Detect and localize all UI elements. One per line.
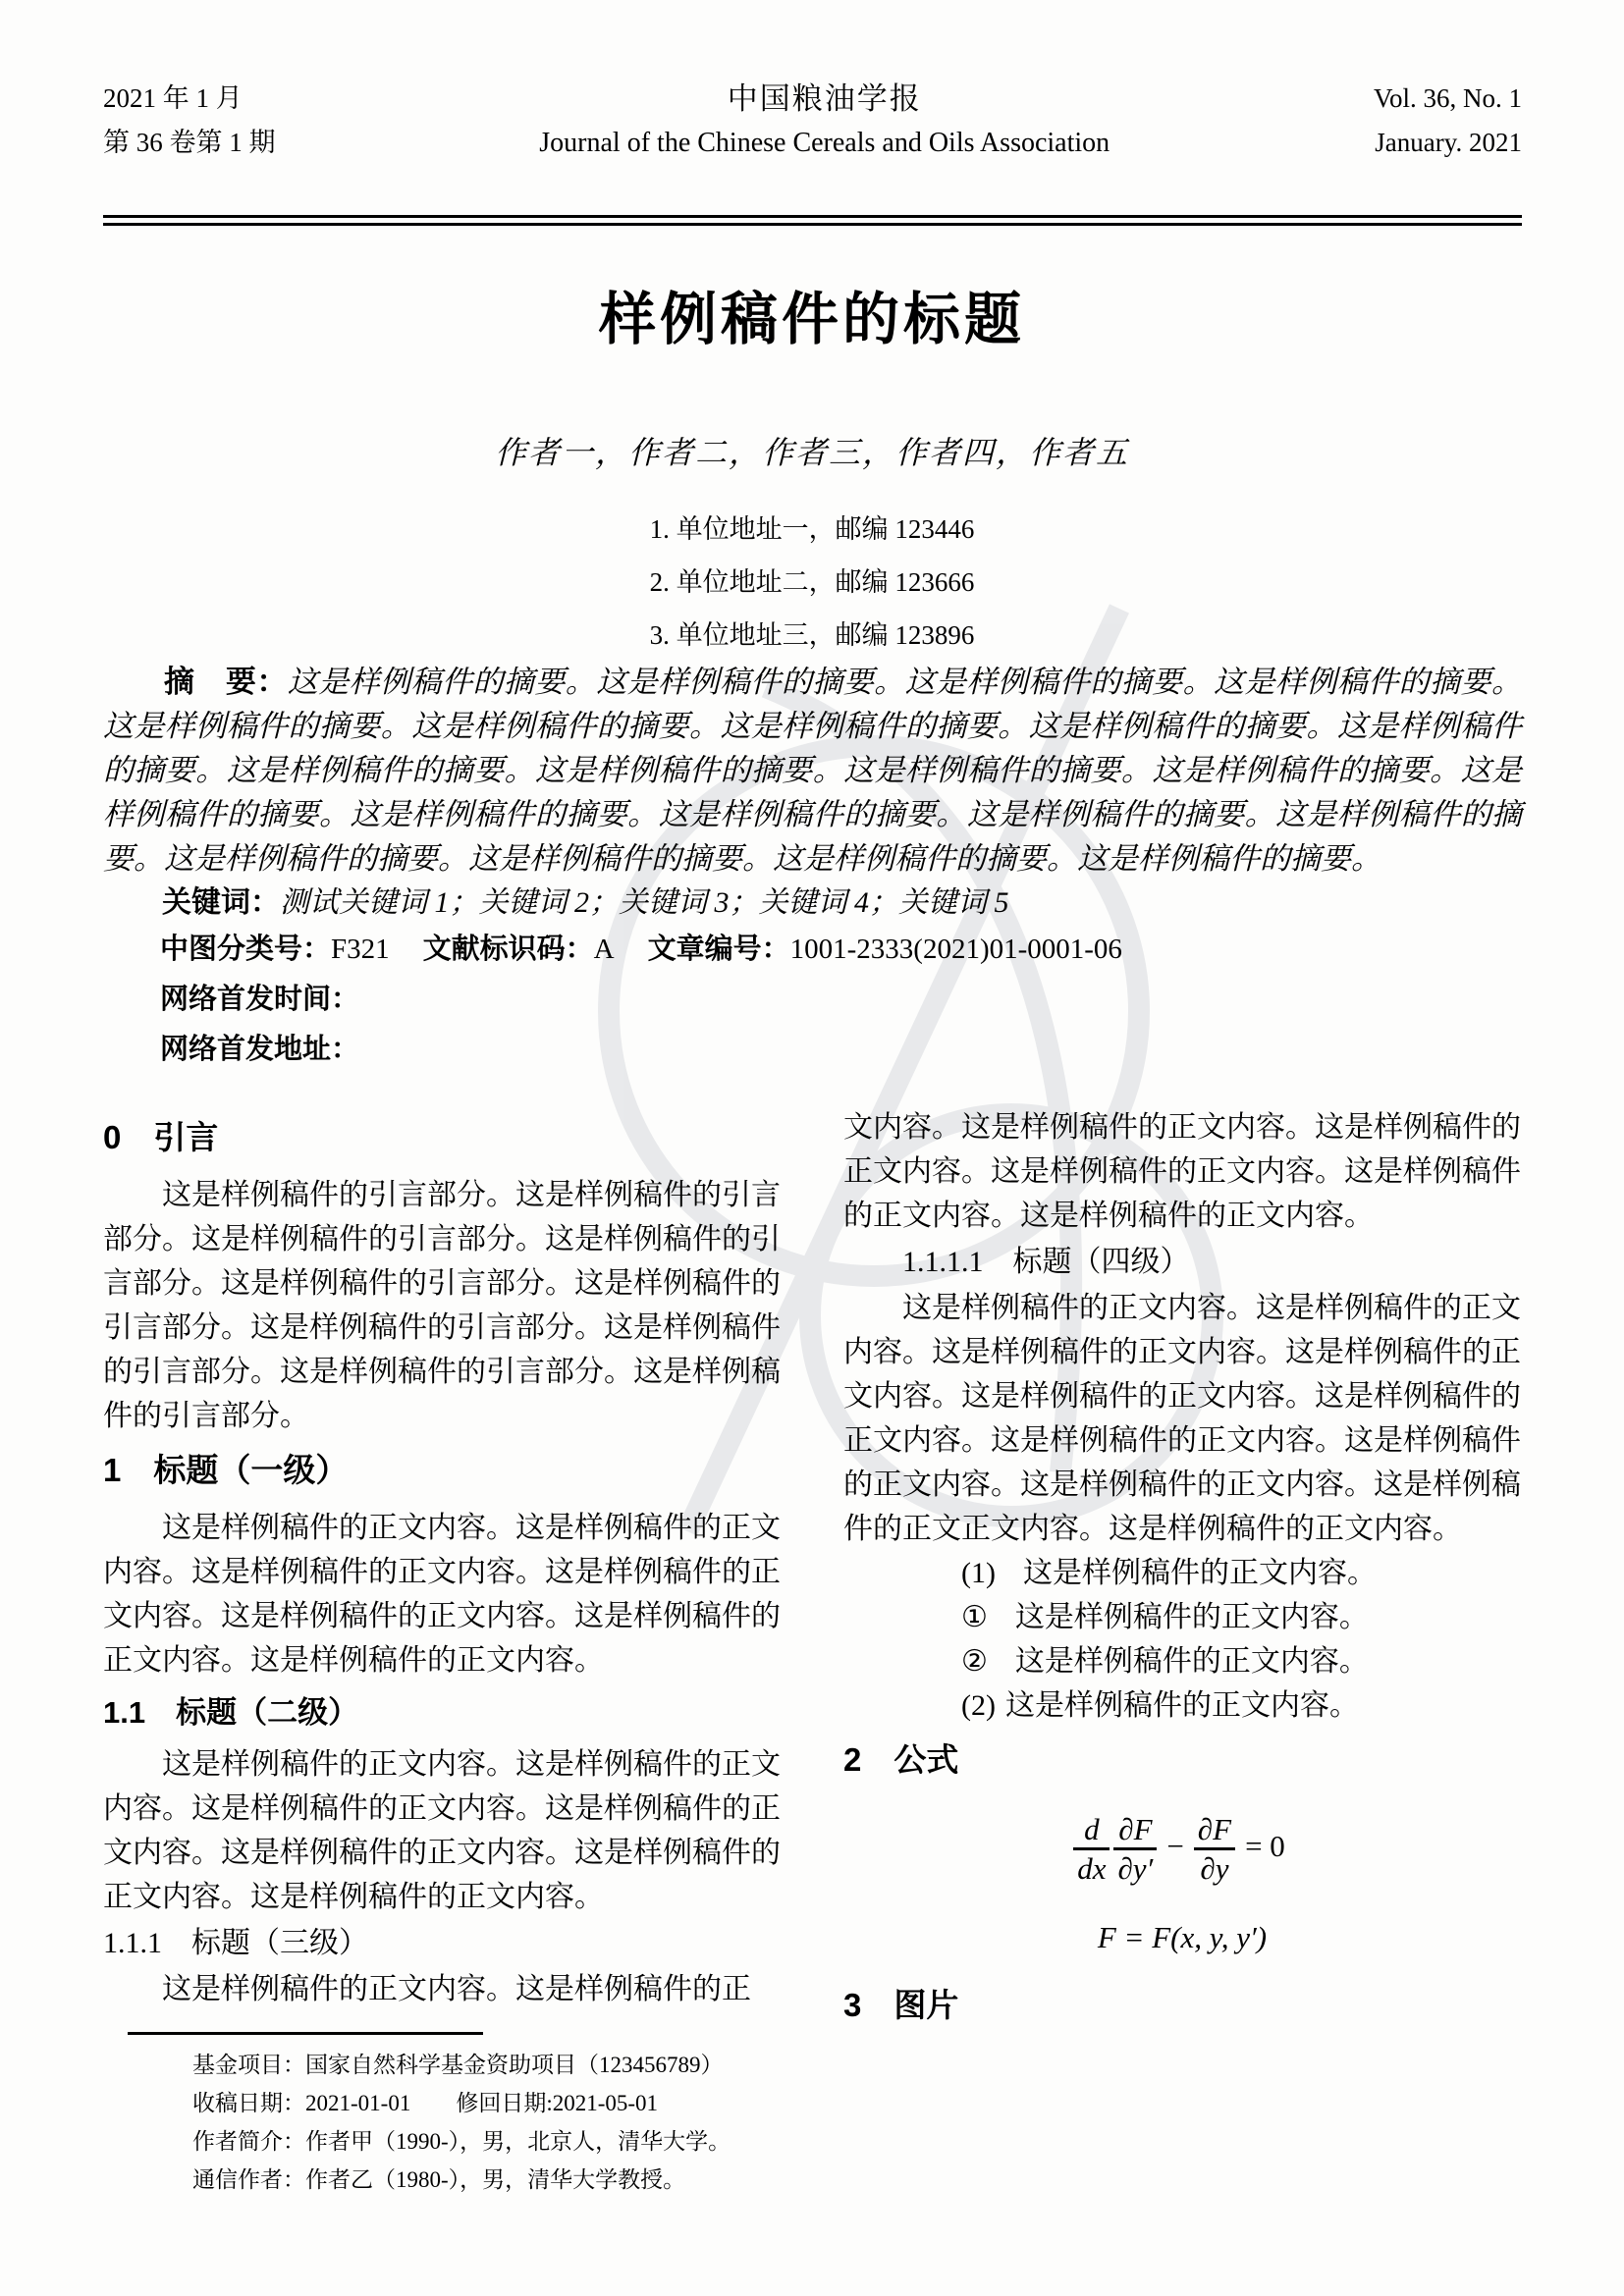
- header-issue-info: 2021 年 1 月 第 36 卷第 1 期: [103, 77, 276, 165]
- abstract-label: 摘 要：: [164, 665, 288, 699]
- footnote-author-bio: 作者简介：作者甲（1990-），男，北京人，清华大学。: [192, 2122, 978, 2161]
- header-double-rule: [103, 215, 1522, 226]
- doc-code-segment: 文献标识码：A: [423, 934, 615, 965]
- list-marker: (1): [902, 1551, 996, 1595]
- header-date-en: January. 2021: [1374, 121, 1522, 165]
- list-item: ①这是样例稿件的正文内容。: [843, 1595, 1521, 1639]
- journal-page: 2021 年 1 月 第 36 卷第 1 期 中国粮油学报 Journal of…: [0, 0, 1624, 2296]
- fraction-denominator: dx: [1073, 1850, 1110, 1887]
- article-title: 样例稿件的标题: [0, 273, 1624, 355]
- clc-segment: 中图分类号：F321: [160, 934, 390, 965]
- keywords-label: 关键词：: [162, 886, 280, 919]
- heading-section-1-1-1: 1.1.1 标题（三级）: [103, 1921, 781, 1965]
- list-text: 这是样例稿件的正文内容。: [1015, 1601, 1369, 1633]
- journal-name-cn: 中国粮油学报: [276, 77, 1374, 121]
- abstract-paragraph: 摘 要：这是样例稿件的摘要。这是样例稿件的摘要。这是样例稿件的摘要。这是样例稿件…: [103, 660, 1522, 881]
- classification-line: 中图分类号：F321文献标识码：A文章编号：1001-2333(2021)01-…: [103, 927, 1522, 967]
- fraction-numerator: ∂F: [1113, 1811, 1157, 1850]
- right-column: 文内容。这是样例稿件的正文内容。这是样例稿件的正文内容。这是样例稿件的正文内容。…: [843, 1105, 1521, 2041]
- list-item: (2)这是样例稿件的正文内容。: [843, 1683, 1521, 1728]
- minus-operator: −: [1166, 1829, 1183, 1863]
- footnote-separator: [128, 2032, 483, 2035]
- doc-code-label: 文献标识码：: [423, 934, 594, 965]
- fraction-dF-dy: ∂F∂y: [1194, 1811, 1235, 1887]
- header-journal-name: 中国粮油学报 Journal of the Chinese Cereals an…: [276, 77, 1374, 165]
- article-no-label: 文章编号：: [648, 934, 790, 965]
- article-no-segment: 文章编号：1001-2333(2021)01-0001-06: [648, 934, 1122, 965]
- journal-header: 2021 年 1 月 第 36 卷第 1 期 中国粮油学报 Journal of…: [103, 77, 1522, 165]
- body-columns: 0 引言 这是样例稿件的引言部分。这是样例稿件的引言部分。这是样例稿件的引言部分…: [103, 1105, 1522, 2041]
- section-1-1-1-paragraph-start: 这是样例稿件的正文内容。这是样例稿件的正: [103, 1967, 781, 2011]
- article-no-value: 1001-2333(2021)01-0001-06: [790, 934, 1122, 965]
- heading-section-1-1: 1.1 标题（二级）: [103, 1690, 781, 1735]
- numbered-list: (1)这是样例稿件的正文内容。 ①这是样例稿件的正文内容。 ②这是样例稿件的正文…: [843, 1551, 1521, 1728]
- fraction-denominator: ∂y: [1194, 1850, 1235, 1887]
- list-text: 这是样例稿件的正文内容。: [1023, 1557, 1377, 1589]
- affiliation-list: 1. 单位地址一，邮编 123446 2. 单位地址二，邮编 123666 3.…: [0, 503, 1624, 662]
- list-item: ②这是样例稿件的正文内容。: [843, 1639, 1521, 1683]
- left-column: 0 引言 这是样例稿件的引言部分。这是样例稿件的引言部分。这是样例稿件的引言部分…: [103, 1105, 781, 2041]
- keywords-line: 关键词：测试关键词 1；关键词 2；关键词 3；关键词 4；关键词 5: [103, 878, 1522, 921]
- heading-section-1: 1 标题（一级）: [103, 1448, 781, 1492]
- fraction-d-dx: ddx: [1073, 1811, 1110, 1887]
- header-volume-cn: 第 36 卷第 1 期: [103, 121, 276, 165]
- intro-paragraph: 这是样例稿件的引言部分。这是样例稿件的引言部分。这是样例稿件的引言部分。这是样例…: [103, 1173, 781, 1438]
- footnote-block: 基金项目：国家自然科学基金资助项目（123456789） 收稿日期：2021-0…: [192, 2046, 978, 2199]
- heading-section-1-1-1-1: 1.1.1.1 标题（四级）: [843, 1240, 1521, 1284]
- fraction-denominator: ∂y′: [1113, 1850, 1157, 1887]
- header-vol-en: Vol. 36, No. 1: [1374, 77, 1522, 121]
- online-first-time-label: 网络首发时间：: [103, 977, 1522, 1017]
- heading-formula-section: 2 公式: [843, 1737, 1521, 1782]
- list-text: 这是样例稿件的正文内容。: [1015, 1645, 1369, 1678]
- abstract-text: 这是样例稿件的摘要。这是样例稿件的摘要。这是样例稿件的摘要。这是样例稿件的摘要。…: [103, 665, 1522, 876]
- footnote-dates: 收稿日期：2021-01-01 修回日期:2021-05-01: [192, 2084, 978, 2122]
- fraction-numerator: d: [1073, 1811, 1110, 1850]
- list-marker: ①: [902, 1595, 988, 1639]
- function-definition-formula: F = F(x, y, y′): [843, 1920, 1521, 1955]
- list-text: 这是样例稿件的正文内容。: [1005, 1689, 1359, 1722]
- header-vol-info: Vol. 36, No. 1 January. 2021: [1374, 77, 1522, 165]
- list-marker: (2): [902, 1683, 996, 1728]
- list-item: (1)这是样例稿件的正文内容。: [843, 1551, 1521, 1595]
- fraction-dF-dyprime: ∂F∂y′: [1113, 1811, 1157, 1887]
- author-list: 作者一，作者二，作者三，作者四，作者五: [0, 428, 1624, 473]
- footnote-corresponding-author: 通信作者：作者乙（1980-），男，清华大学教授。: [192, 2161, 978, 2199]
- fraction-numerator: ∂F: [1194, 1811, 1235, 1850]
- list-marker: ②: [902, 1639, 988, 1683]
- clc-value: F321: [331, 934, 390, 965]
- header-date-cn: 2021 年 1 月: [103, 77, 276, 121]
- section-1-1-1-paragraph-end: 文内容。这是样例稿件的正文内容。这是样例稿件的正文内容。这是样例稿件的正文内容。…: [843, 1105, 1521, 1238]
- heading-intro: 0 引言: [103, 1115, 781, 1159]
- affiliation-line: 2. 单位地址二，邮编 123666: [0, 556, 1624, 609]
- keywords-text: 测试关键词 1；关键词 2；关键词 3；关键词 4；关键词 5: [280, 886, 1009, 919]
- journal-name-en: Journal of the Chinese Cereals and Oils …: [276, 121, 1374, 165]
- section-1-paragraph: 这是样例稿件的正文内容。这是样例稿件的正文内容。这是样例稿件的正文内容。这是样例…: [103, 1506, 781, 1682]
- equals-zero: = 0: [1245, 1829, 1285, 1863]
- section-1-1-1-1-paragraph: 这是样例稿件的正文内容。这是样例稿件的正文内容。这是样例稿件的正文内容。这是样例…: [843, 1286, 1521, 1551]
- footnote-fund: 基金项目：国家自然科学基金资助项目（123456789）: [192, 2046, 978, 2084]
- heading-figure-section: 3 图片: [843, 1983, 1521, 2027]
- doc-code-value: A: [594, 934, 615, 965]
- affiliation-line: 3. 单位地址三，邮编 123896: [0, 609, 1624, 662]
- euler-lagrange-formula: ddx∂F∂y′−∂F∂y= 0: [843, 1811, 1521, 1887]
- affiliation-line: 1. 单位地址一，邮编 123446: [0, 503, 1624, 556]
- online-first-addr-label: 网络首发地址：: [103, 1027, 1522, 1067]
- clc-label: 中图分类号：: [160, 934, 331, 965]
- section-1-1-paragraph: 这是样例稿件的正文内容。这是样例稿件的正文内容。这是样例稿件的正文内容。这是样例…: [103, 1742, 781, 1919]
